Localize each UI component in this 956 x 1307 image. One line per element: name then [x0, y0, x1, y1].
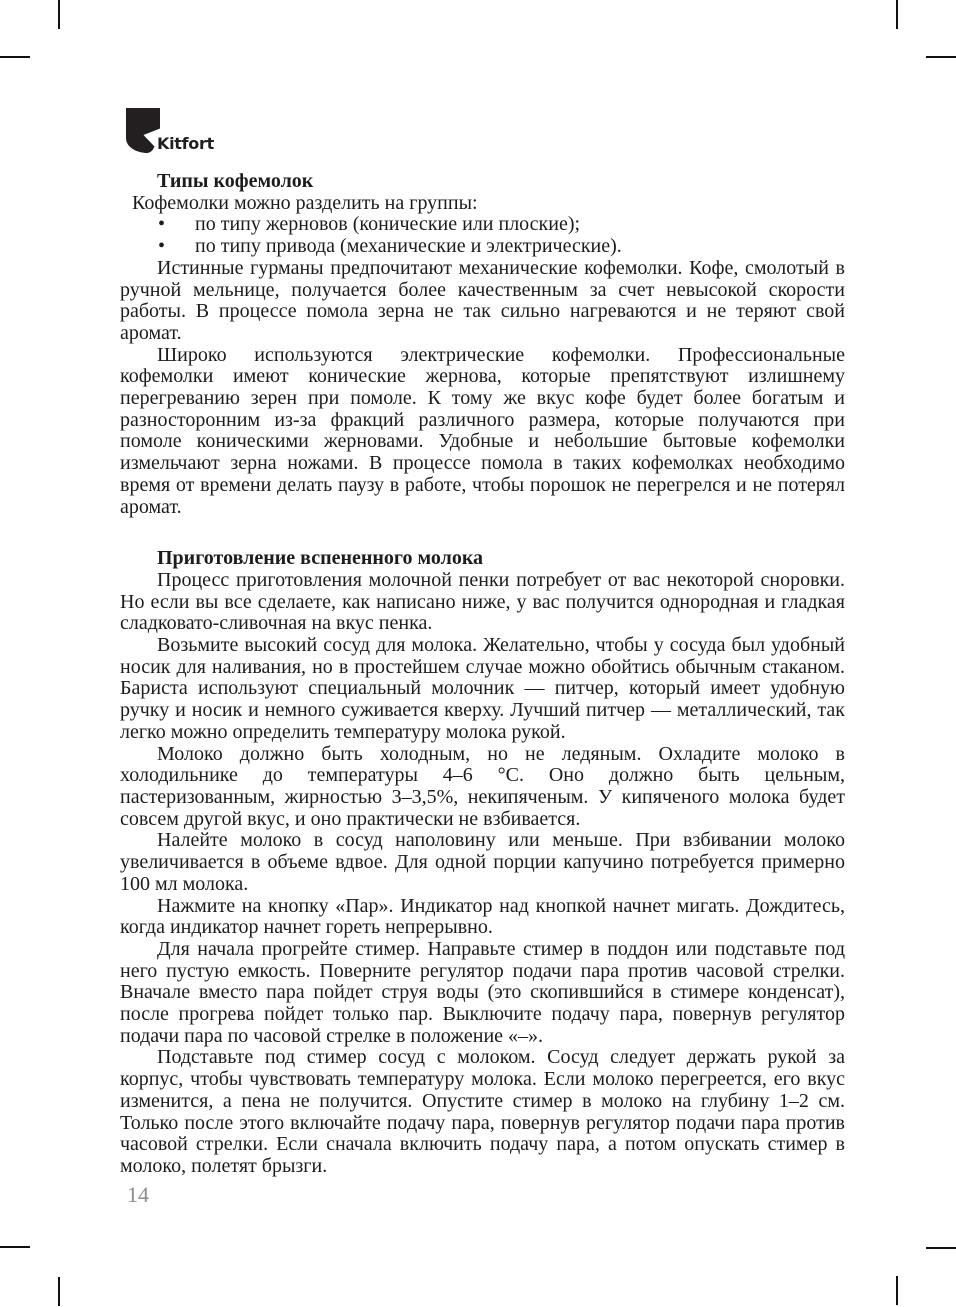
crop-mark-bottom-left-vertical [58, 1277, 60, 1306]
paragraph-steamer-warmup: Для начала прогрейте стимер. Направьте с… [120, 939, 845, 1048]
crop-mark-top-right-vertical [896, 0, 898, 29]
crop-mark-top-left-horizontal [0, 56, 30, 58]
paragraph-milk-temperature: Молоко должно быть холодным, но не ледян… [120, 744, 845, 831]
list-item-drive-type: • по типу привода (механические и электр… [120, 236, 845, 258]
paragraph-electric-grinders: Широко используются электрические кофемо… [120, 345, 845, 519]
manual-text: Типы кофемолок Кофемолки можно разделить… [120, 171, 845, 1178]
paragraph-steaming-milk: Подставьте под стимер сосуд с молоком. С… [120, 1047, 845, 1177]
paragraph-steam-button: Нажмите на кнопку «Пар». Индикатор над к… [120, 896, 845, 939]
paragraph-milk-vessel: Возьмите высокий сосуд для молока. Желат… [120, 635, 845, 744]
crop-mark-top-right-horizontal [926, 56, 956, 58]
section-heading-grinder-types: Типы кофемолок [120, 171, 845, 193]
kitfort-logo-icon [126, 108, 160, 153]
manual-page: Kitfort Типы кофемолок Кофемолки можно р… [0, 0, 956, 1307]
list-item-burr-type: • по типу жерновов (конические или плоск… [120, 214, 845, 236]
paragraph-manual-grinders: Истинные гурманы предпочитают механическ… [120, 258, 845, 345]
section-heading-frothed-milk: Приготовление вспененного молока [120, 548, 845, 570]
crop-mark-bottom-right-horizontal [926, 1247, 956, 1249]
list-item-text: по типу привода (механические и электрич… [120, 236, 845, 258]
paragraph-grinder-groups-intro: Кофемолки можно разделить на группы: [120, 193, 845, 215]
bullet-marker: • [158, 236, 165, 258]
crop-mark-bottom-left-horizontal [0, 1246, 30, 1248]
brand-logo: Kitfort [126, 108, 214, 153]
brand-name: Kitfort [157, 136, 214, 153]
crop-mark-bottom-right-vertical [896, 1276, 898, 1305]
crop-mark-top-left-vertical [58, 0, 60, 29]
list-item-text: по типу жерновов (конические или плоские… [120, 214, 845, 236]
page-number: 14 [127, 1183, 149, 1207]
bullet-marker: • [158, 214, 165, 236]
paragraph-milk-amount: Налейте молоко в сосуд наполовину или ме… [120, 830, 845, 895]
paragraph-froth-intro: Процесс приготовления молочной пенки пот… [120, 570, 845, 635]
